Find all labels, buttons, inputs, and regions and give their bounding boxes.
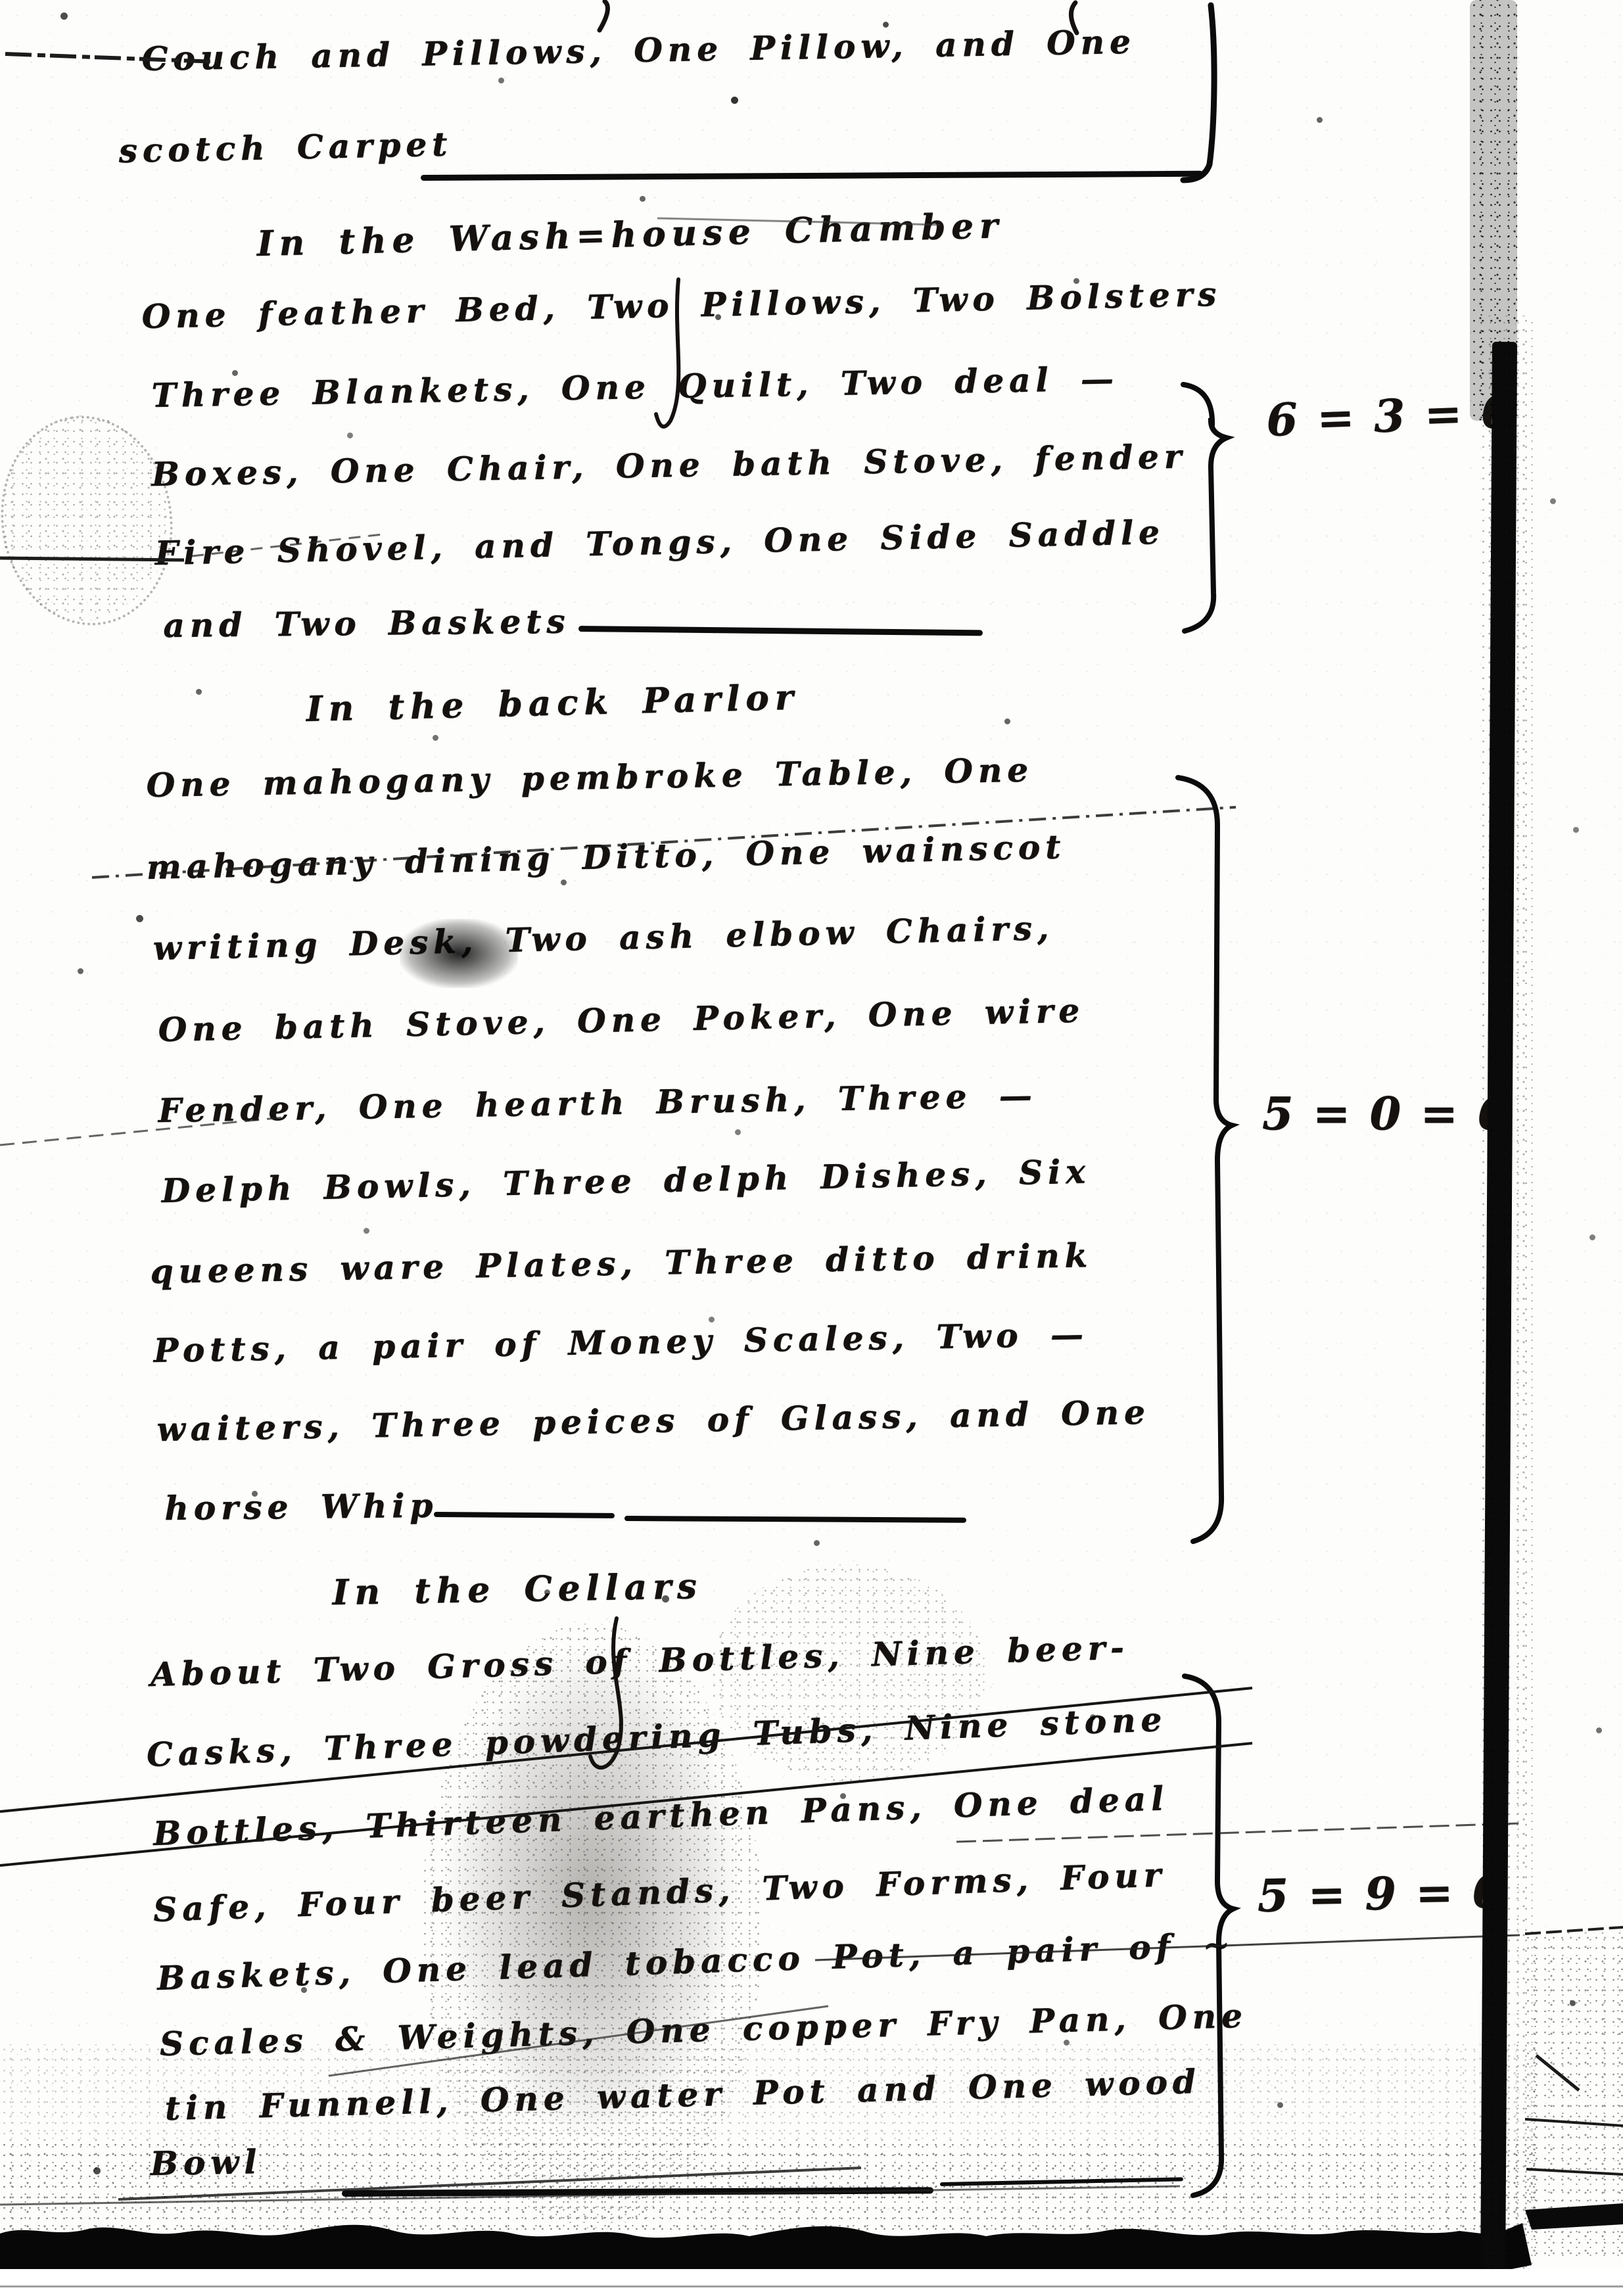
foot-margin [0,2269,1623,2296]
underline-rule [624,1516,966,1523]
inventory-line: Fender, One hearth Brush, Three — [158,1076,1037,1130]
inventory-line: writing Desk, Two ash elbow Chairs, [153,908,1054,968]
stamp-mark [0,404,186,636]
entry-brace [1183,5,1214,180]
damp-stain [394,1597,789,2255]
inventory-line: mahogany dining Ditto, One wainscot [146,827,1066,887]
scan-artifact-bottom [0,2223,1532,2269]
inventory-line: One bath Stove, One Poker, One wire [158,991,1085,1049]
inventory-line: Baskets, One lead tobacco Pot, a pair of… [156,1925,1236,1998]
inventory-line: waiters, Three peices of Glass, and One [156,1393,1150,1449]
inventory-line: Fire Shovel, and Tongs, One Side Saddle [154,513,1165,573]
underline-rule [434,1512,615,1518]
inventory-line: Scales & Weights, One copper Fry Pan, On… [159,1996,1248,2063]
scan-scratch [1525,1927,1623,1934]
stamp-mark-texture [1,415,167,621]
inventory-line: horse Whip [164,1486,438,1528]
section-heading: In the Cellars [332,1566,703,1613]
inventory-line: queens ware Plates, Three ditto drink [150,1236,1093,1291]
binding-shadow-fringe [1479,316,1533,2271]
photocopy-edge-line [0,2285,1623,2287]
inventory-line: Potts, a pair of Money Scales, Two — [153,1315,1089,1370]
inventory-line: Three Blankets, One Quilt, Two deal — [151,359,1119,415]
value-pounds-shillings-pence: 5 = 0 = 6 [1262,1088,1510,1140]
entry-brace [1178,778,1232,1541]
inventory-line: One mahogany pembroke Table, One [146,750,1033,805]
scan-scratch [1536,2055,1579,2090]
underline-rule [578,626,983,636]
underline-rule [342,2187,933,2197]
corner-noise [1524,1933,1623,2261]
inventory-line: Casks, Three powdering Tubs, Nine stone [146,1700,1167,1774]
section-heading: In the back Parlor [306,677,799,730]
inventory-line: Delph Bowls, Three delph Dishes, Six [161,1152,1091,1210]
section-heading: In the Wash=house Chamber [256,205,1004,264]
scan-scratch [956,1823,1518,1842]
scan-scratch [1526,2169,1623,2174]
ink-specks [0,0,3,3]
scan-scratch [1525,2119,1623,2126]
inventory-line: About Two Gross of Bottles, Nine beer- [150,1628,1129,1694]
inventory-line: scotch Carpet [118,124,453,170]
inventory-line: and Two Baskets [163,602,571,645]
inventory-line: Couch and Pillows, One Pillow, and One [141,22,1136,78]
damp-stain-texture [421,1624,763,2228]
value-pounds-shillings-pence: 5 = 9 = 0 [1257,1865,1505,1923]
inventory-line: Boxes, One Chair, One bath Stove, fender [151,437,1187,494]
pen-flourish [600,1,608,30]
entry-brace [1183,385,1227,631]
scanned-document-page: Couch and Pillows, One Pillow, and One s… [0,0,1623,2296]
inventory-line: One feather Bed, Two Pillows, Two Bolste… [141,275,1222,336]
underline-rule [940,2177,1183,2186]
inventory-line: Bottles, Thirteen earthen Pans, One deal [153,1779,1169,1853]
inventory-line: tin Funnell, One water Pot and One wood [164,2062,1201,2128]
inventory-line: Safe, Four beer Stands, Two Forms, Four [153,1855,1167,1929]
scan-artifact-bottom-right [1525,2203,1623,2230]
inventory-line: Bowl [150,2142,262,2183]
underline-rule [421,171,1203,181]
